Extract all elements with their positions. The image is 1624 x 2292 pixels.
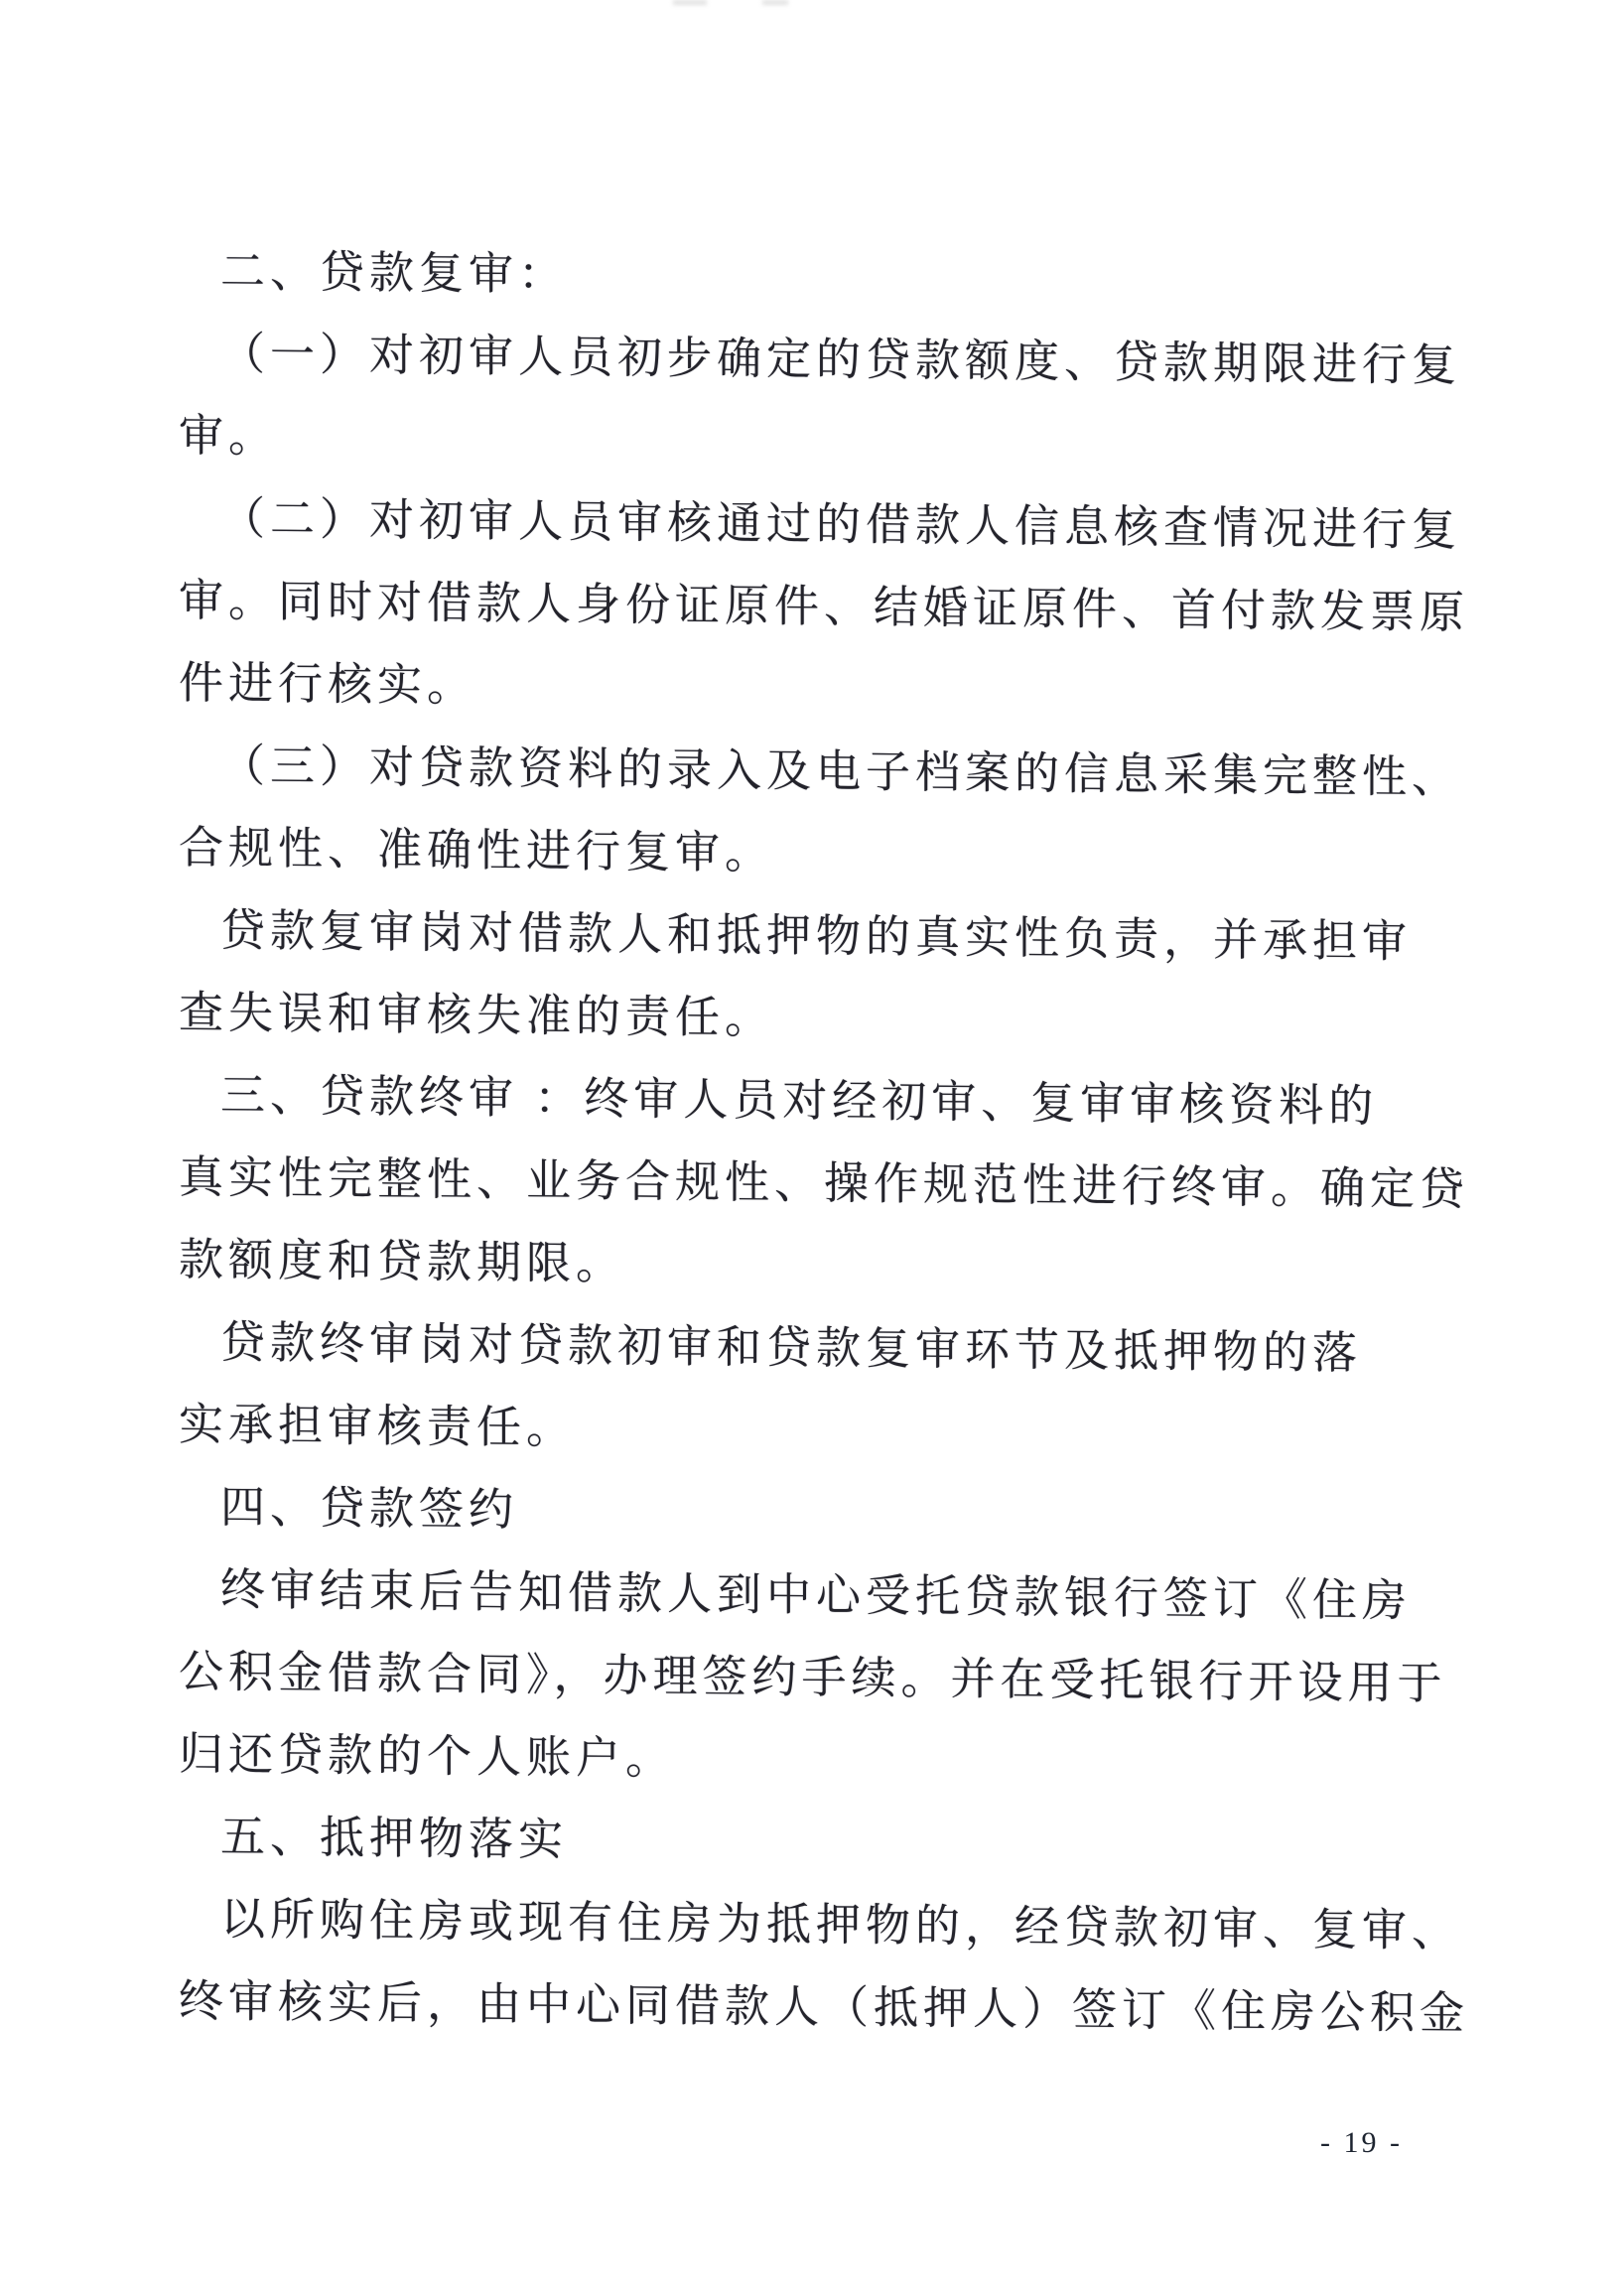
text-line: 真实性完整性、业务合规性、操作规范性进行终审。确定贷 [179,1137,1475,1232]
text-line: 查失误和审核失准的责任。 [179,972,1475,1067]
text-line: 二、贷款复审： [179,230,1475,326]
text-line: 款额度和贷款期限。 [179,1219,1475,1314]
text-line: （一）对初审人员初步确定的贷款额度、贷款期限进行复 [179,313,1475,408]
text-line: 合规性、准确性进行复审。 [179,807,1475,902]
text-line: 公积金借款合同》，办理签约手续。并在受托银行开设用于 [179,1631,1475,1726]
document-page: 二、贷款复审：（一）对初审人员初步确定的贷款额度、贷款期限进行复审。（二）对初审… [0,0,1624,2292]
text-line: 实承担审核责任。 [179,1384,1475,1479]
document-body: 二、贷款复审：（一）对初审人员初步确定的贷款额度、贷款期限进行复审。（二）对初审… [179,230,1475,2056]
scan-artifact [673,0,707,5]
text-line: 三、贷款终审 ：终审人员对经初审、复审审核资料的 [179,1054,1475,1149]
text-line: 贷款终审岗对贷款初审和贷款复审环节及抵押物的落 [179,1301,1475,1397]
text-line: 审。同时对借款人身份证原件、结婚证原件、首付款发票原 [179,560,1475,655]
page-number: - 19 - [1320,2126,1403,2160]
scan-artifact [762,0,788,5]
text-line: 四、贷款签约 [179,1466,1475,1561]
text-line: 贷款复审岗对借款人和抵押物的真实性负责，并承担审 [179,889,1475,985]
text-line: （二）对初审人员审核通过的借款人信息核查情况进行复 [179,477,1475,573]
text-line: 件进行核实。 [179,642,1475,738]
text-line: 终审结束后告知借款人到中心受托贷款银行签订《住房 [179,1549,1475,1644]
text-line: 以所购住房或现有住房为抵押物的，经贷款初审、复审、 [179,1878,1475,1973]
text-line: 五、抵押物落实 [179,1796,1475,1891]
text-line: （三）对贷款资料的录入及电子档案的信息采集完整性、 [179,725,1475,820]
text-line: 终审核实后，由中心同借款人（抵押人）签订《住房公积金 [179,1960,1475,2056]
text-line: 审。 [179,395,1475,490]
text-line: 归还贷款的个人账户。 [179,1713,1475,1809]
